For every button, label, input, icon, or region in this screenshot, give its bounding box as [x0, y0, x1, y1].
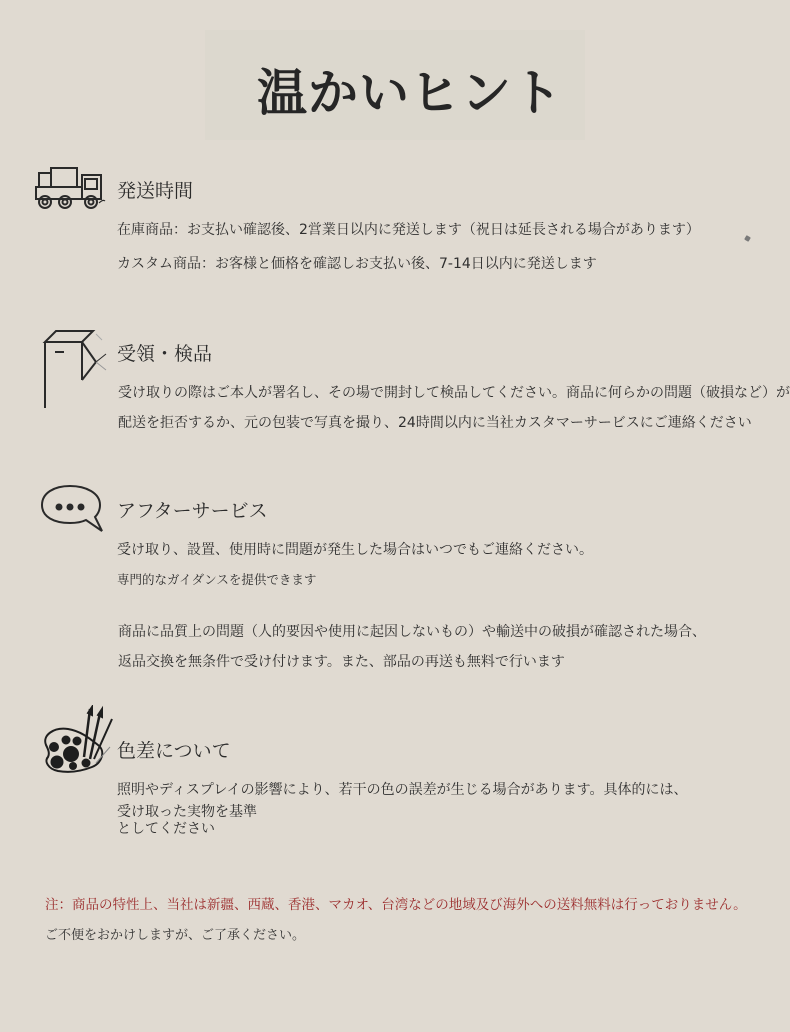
box-icon	[40, 328, 112, 414]
page-title: 温かいヒント	[0, 68, 790, 118]
after-sales-line-3: 商品に品質上の問題（人的要因や使用に起因しないもの）や輸送中の破損が確認された場…	[118, 625, 706, 639]
shipping-restriction-note: 注：商品の特性上、当社は新疆、西蔵、香港、マカオ、台湾などの地域及び海外への送料…	[45, 899, 747, 913]
section-receipt-inspection: 受領・検品 受け取りの際はご本人が署名し、その場で開封して検品してください。商品…	[0, 325, 790, 445]
color-line-2: 受け取った実物を基準	[117, 805, 257, 819]
section-shipping-time: 発送時間 在庫商品：お支払い確認後、2営業日以内に発送します（祝日は延長される場…	[0, 160, 790, 290]
section-after-sales: アフターサービス 受け取り、設置、使用時に問題が発生した場合はいつでもご連絡くだ…	[0, 480, 790, 680]
chat-bubble-icon	[40, 483, 106, 539]
after-sales-line-4: 返品交換を無条件で受け付けます。また、部品の再送も無料で行います	[118, 655, 565, 669]
apology-note: ご不便をおかけしますが、ご了承ください。	[45, 929, 305, 942]
shipping-line-custom: カスタム商品：お客様と価格を確認しお支払い後、7-14日以内に発送します	[117, 257, 597, 271]
after-sales-line-1: 受け取り、設置、使用時に問題が発生した場合はいつでもご連絡ください。	[117, 543, 593, 557]
receipt-line-1: 受け取りの際はご本人が署名し、その場で開封して検品してください。商品に何らかの問…	[118, 386, 790, 400]
section-color-difference: 色差について 照明やディスプレイの影響により、若干の色の誤差が生じる場合がありま…	[0, 705, 790, 845]
shipping-line-stock: 在庫商品：お支払い確認後、2営業日以内に発送します（祝日は延長される場合がありま…	[117, 223, 700, 237]
section-heading: 発送時間	[117, 182, 193, 201]
section-heading: 受領・検品	[117, 345, 212, 364]
color-line-3: としてください	[117, 822, 215, 836]
palette-icon	[40, 705, 116, 781]
receipt-line-2: 配送を拒否するか、元の包装で写真を撮り、24時間以内に当社カスタマーサービスにご…	[118, 416, 752, 430]
truck-icon	[33, 165, 111, 215]
section-heading: 色差について	[117, 742, 231, 761]
section-heading: アフターサービス	[117, 502, 268, 521]
after-sales-line-2: 専門的なガイダンスを提供できます	[117, 574, 316, 587]
color-line-1: 照明やディスプレイの影響により、若干の色の誤差が生じる場合があります。具体的には…	[117, 783, 688, 797]
